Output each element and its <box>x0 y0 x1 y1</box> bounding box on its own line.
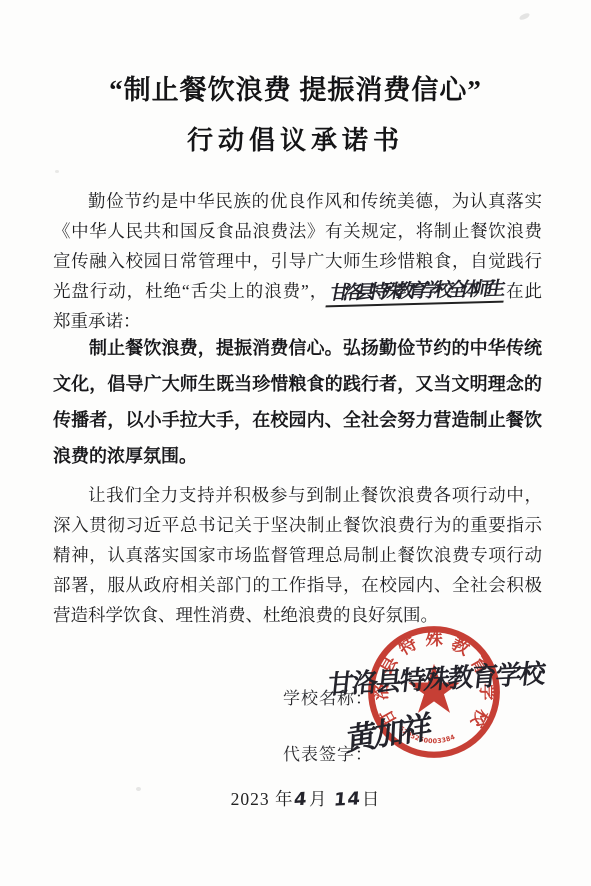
signature-block: 甘洛县特殊教育学校 5205250003384 学校名称： 甘洛县特殊教育学校 … <box>0 600 591 886</box>
date-year: 2023 年 <box>231 789 294 809</box>
date-day-handwritten: 14 <box>333 788 362 810</box>
doc-title-line2: 行动倡议承诺书 <box>0 120 591 157</box>
scan-speck <box>55 170 59 173</box>
doc-title-line1: “制止餐饮浪费 提振消费信心” <box>0 68 591 107</box>
handwritten-school-name-inline: 甘洛县特殊教育学校全体师生 <box>326 280 508 308</box>
pledge-document-page: “制止餐饮浪费 提振消费信心” 行动倡议承诺书 勤俭节约是中华民族的优良作风和传… <box>0 0 591 886</box>
date-day-unit: 日 <box>362 789 381 809</box>
paragraph-intro: 勤俭节约是中华民族的优良作风和传统美德，为认真落实《中华人民共和国反食品浪费法》… <box>53 186 542 336</box>
scan-speck <box>518 12 530 21</box>
paragraph-pledge: 制止餐饮浪费，提振消费信心。弘扬勤俭节约的中华传统文化，倡导广大师生既当珍惜粮食… <box>53 330 542 474</box>
handwritten-school-name: 甘洛县特殊教育学校 <box>326 651 580 701</box>
date-month-unit: 月 <box>309 789 333 809</box>
date-line: 2023 年4月 14日 <box>0 786 591 811</box>
date-month-handwritten: 4 <box>293 789 308 811</box>
scan-speck <box>136 787 141 791</box>
